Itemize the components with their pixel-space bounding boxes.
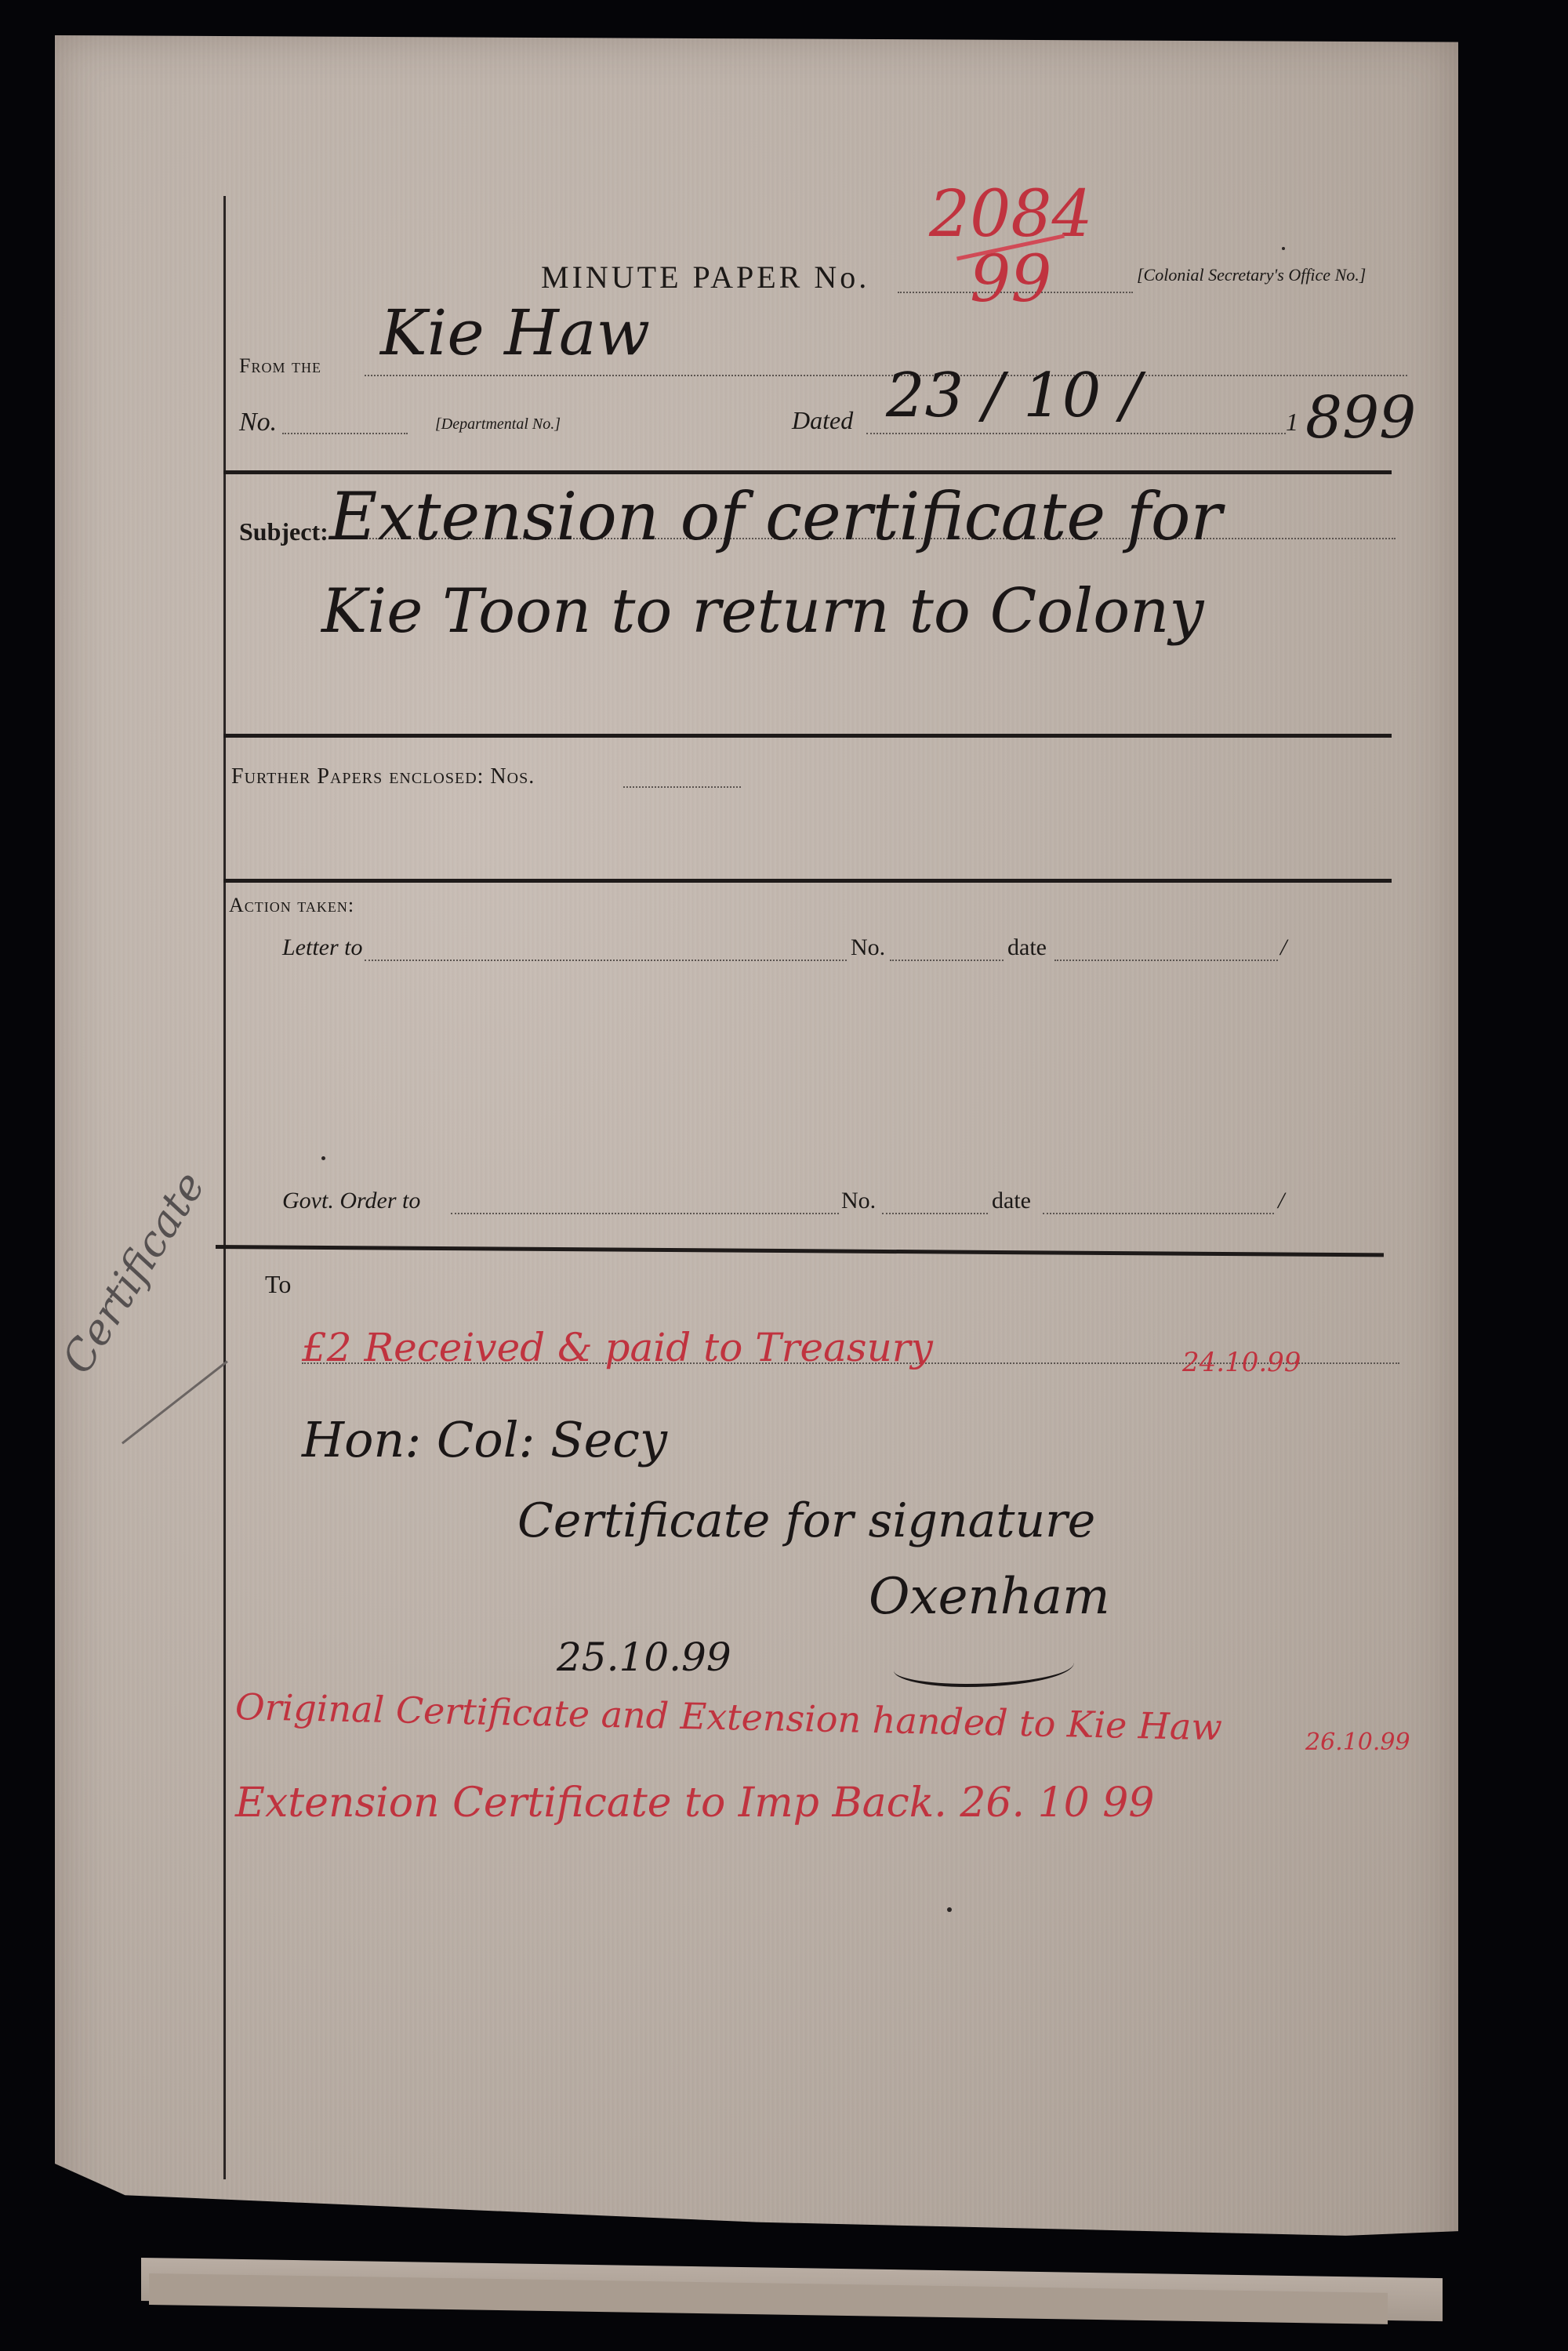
signature-date: 25.10.99 xyxy=(557,1634,731,1680)
govt-order-label: Govt. Order to xyxy=(282,1188,420,1214)
scanned-document-scene: MINUTE PAPER No. 2084 99 [Colonial Secre… xyxy=(0,0,1568,2351)
page-title: MINUTE PAPER No. xyxy=(541,259,869,296)
ink-speck xyxy=(947,1907,952,1912)
letter-year-suffix: / xyxy=(1280,934,1287,961)
letter-date-label: date xyxy=(1007,934,1047,961)
govt-no-label: No. xyxy=(841,1188,876,1214)
letter-no-field-line xyxy=(890,960,1004,961)
subject-line-2: Kie Toon to return to Colony xyxy=(321,576,1203,647)
addressee-note: Hon: Col: Secy xyxy=(302,1411,667,1468)
govt-date-label: date xyxy=(992,1188,1031,1214)
certificate-for-signature-note: Certificate for signature xyxy=(517,1493,1095,1548)
further-papers-label: Further Papers enclosed: Nos. xyxy=(231,764,535,789)
section-divider xyxy=(223,470,1392,474)
no-label: No. xyxy=(239,408,277,437)
govt-order-field-line xyxy=(451,1213,839,1214)
section-divider xyxy=(223,879,1392,883)
to-label: To xyxy=(265,1270,291,1299)
minute-number: 2084 xyxy=(929,184,1093,245)
letter-date-field-line xyxy=(1054,960,1278,961)
dated-value: 23 / 10 / xyxy=(886,361,1141,431)
action-taken-label: Action taken: xyxy=(229,894,354,917)
year-prefix: 1 xyxy=(1286,408,1298,437)
extension-certificate-note: Extension Certificate to Imp Back. 26. 1… xyxy=(235,1780,1154,1827)
year-value: 899 xyxy=(1305,384,1416,452)
from-label: From the xyxy=(239,354,321,378)
govt-date-field-line xyxy=(1043,1213,1274,1214)
section-divider xyxy=(223,734,1392,738)
minute-year: 99 xyxy=(929,249,1093,310)
signature: Oxenham xyxy=(869,1568,1110,1626)
further-papers-field-line xyxy=(623,786,741,788)
govt-year-suffix: / xyxy=(1278,1188,1284,1214)
subject-label: Subject: xyxy=(239,517,328,546)
letter-to-field-line xyxy=(365,960,847,961)
treasury-receipt-date: 24.10.99 xyxy=(1182,1347,1301,1378)
govt-no-field-line xyxy=(882,1213,988,1214)
left-margin-rule xyxy=(223,196,226,2179)
from-value: Kie Haw xyxy=(380,296,650,369)
minute-number-handwritten: 2084 99 xyxy=(929,184,1093,310)
treasury-receipt-note: £2 Received & paid to Treasury xyxy=(302,1325,933,1370)
dated-label: Dated xyxy=(792,406,853,435)
subject-line-1: Extension of certificate for xyxy=(329,478,1222,555)
dated-field-line xyxy=(866,433,1286,434)
ink-speck xyxy=(1282,247,1285,250)
letter-to-label: Letter to xyxy=(282,934,363,961)
certificate-handed-date: 26.10.99 xyxy=(1305,1729,1410,1756)
letter-no-label: No. xyxy=(851,934,885,961)
office-number-note: [Colonial Secretary's Office No.] xyxy=(1137,265,1366,285)
departmental-number-note: [Departmental No.] xyxy=(435,415,561,434)
ink-speck xyxy=(321,1156,325,1160)
no-field-line xyxy=(282,433,408,434)
